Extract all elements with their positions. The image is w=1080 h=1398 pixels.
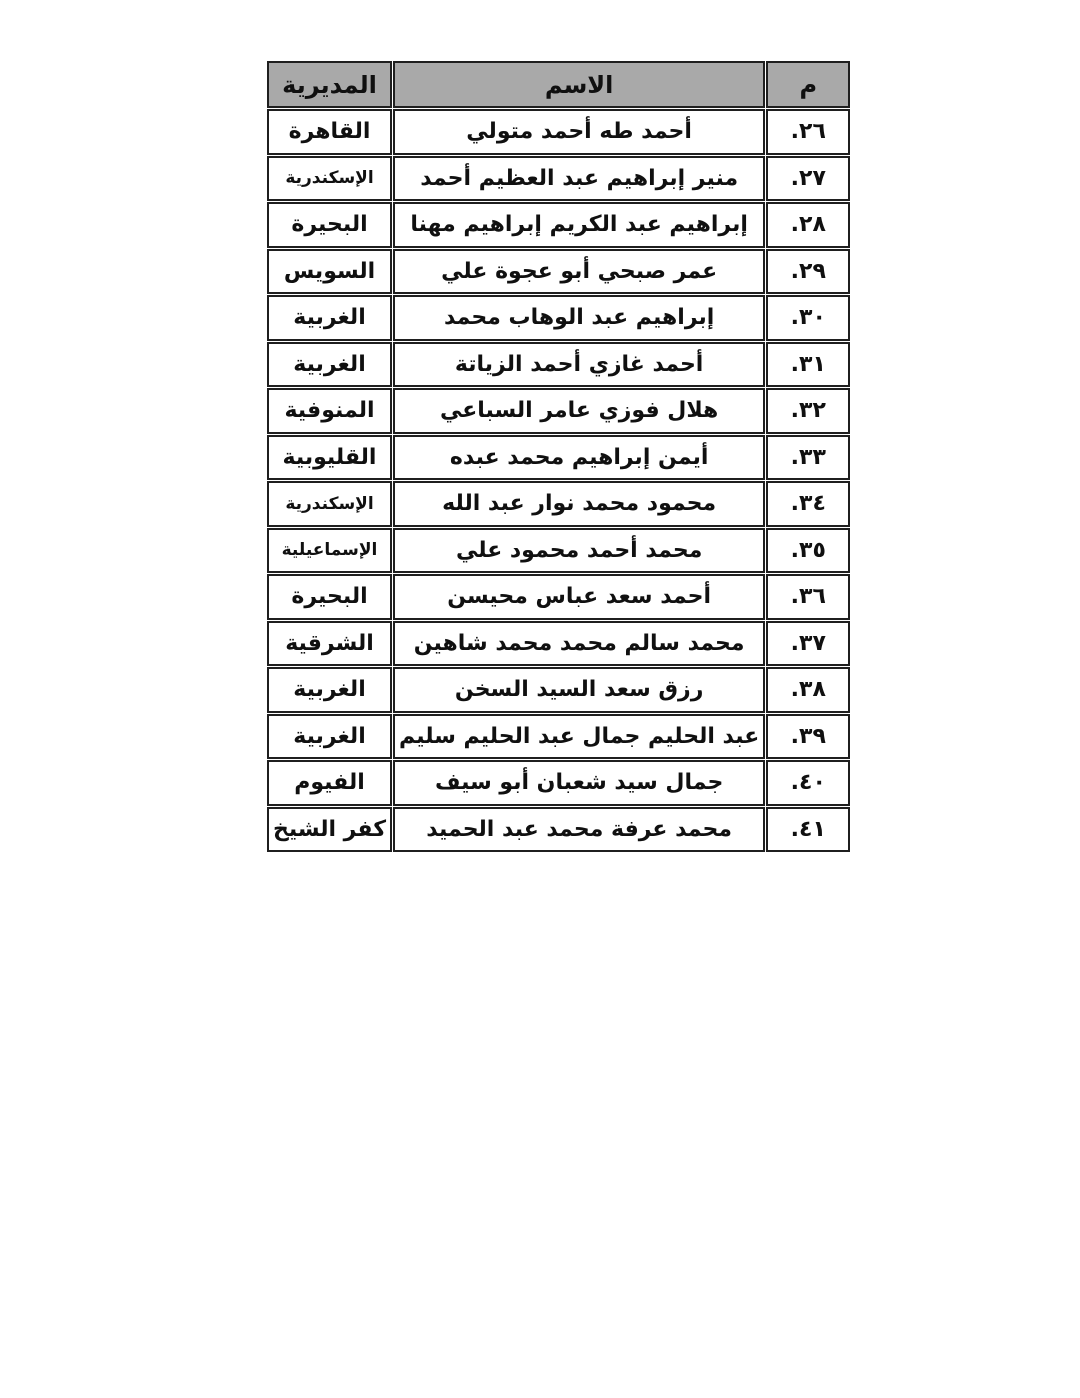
directorate-cell: الغربية <box>267 714 392 760</box>
row-number-cell: ٣٤. <box>766 481 850 527</box>
table-row: ٤١. محمد عرفة محمد عبد الحميد كفر الشيخ <box>267 807 850 853</box>
header-cell-number: م <box>766 61 850 108</box>
directorate-cell: الغربية <box>267 667 392 713</box>
person-name-cell: أحمد طه أحمد متولي <box>393 109 765 155</box>
table-row: ٣٤. محمود محمد نوار عبد الله الإسكندرية <box>267 481 850 527</box>
directorate-cell: الإسكندرية <box>267 481 392 527</box>
row-number-cell: ٢٦. <box>766 109 850 155</box>
person-name-cell: عمر صبحي أبو عجوة علي <box>393 249 765 295</box>
table-row: ٤٠. جمال سيد شعبان أبو سيف الفيوم <box>267 760 850 806</box>
person-name-cell: هلال فوزي عامر السباعي <box>393 388 765 434</box>
directorate-cell: الغربية <box>267 295 392 341</box>
row-number-cell: ٣٦. <box>766 574 850 620</box>
table-row: ٣٧. محمد سالم محمد محمد شاهين الشرقية <box>267 621 850 667</box>
directorate-cell: البحيرة <box>267 574 392 620</box>
person-name-cell: عبد الحليم جمال عبد الحليم سليم <box>393 714 765 760</box>
row-number-cell: ٣٠. <box>766 295 850 341</box>
directorate-cell: الإسماعيلية <box>267 528 392 574</box>
person-name-cell: محمد سالم محمد محمد شاهين <box>393 621 765 667</box>
row-number-cell: ٣٢. <box>766 388 850 434</box>
table-row: ٣٣. أيمن إبراهيم محمد عبده القليوبية <box>267 435 850 481</box>
person-name-cell: أحمد سعد عباس محيسن <box>393 574 765 620</box>
table-row: ٣٦. أحمد سعد عباس محيسن البحيرة <box>267 574 850 620</box>
table-row: ٣٨. رزق سعد السيد السخن الغربية <box>267 667 850 713</box>
roster-table: م الاسم المديرية ٢٦. أحمد طه أحمد متولي … <box>266 60 851 853</box>
directorate-cell: القليوبية <box>267 435 392 481</box>
row-number-cell: ٢٨. <box>766 202 850 248</box>
document-page: م الاسم المديرية ٢٦. أحمد طه أحمد متولي … <box>0 0 1080 1398</box>
row-number-cell: ٤١. <box>766 807 850 853</box>
row-number-cell: ٣٩. <box>766 714 850 760</box>
header-cell-directorate: المديرية <box>267 61 392 108</box>
row-number-cell: ٣٥. <box>766 528 850 574</box>
row-number-cell: ٢٧. <box>766 156 850 202</box>
directorate-cell: القاهرة <box>267 109 392 155</box>
directorate-cell: المنوفية <box>267 388 392 434</box>
directorate-cell: الغربية <box>267 342 392 388</box>
table-row: ٣٩. عبد الحليم جمال عبد الحليم سليم الغر… <box>267 714 850 760</box>
person-name-cell: جمال سيد شعبان أبو سيف <box>393 760 765 806</box>
header-cell-name: الاسم <box>393 61 765 108</box>
table-row: ٢٩. عمر صبحي أبو عجوة علي السويس <box>267 249 850 295</box>
row-number-cell: ٤٠. <box>766 760 850 806</box>
row-number-cell: ٢٩. <box>766 249 850 295</box>
directorate-cell: الشرقية <box>267 621 392 667</box>
person-name-cell: منير إبراهيم عبد العظيم أحمد <box>393 156 765 202</box>
person-name-cell: محمد عرفة محمد عبد الحميد <box>393 807 765 853</box>
table-row: ٣٢. هلال فوزي عامر السباعي المنوفية <box>267 388 850 434</box>
person-name-cell: محمد أحمد محمود علي <box>393 528 765 574</box>
table-row: ٣١. أحمد غازي أحمد الزياتة الغربية <box>267 342 850 388</box>
table-row: ٢٦. أحمد طه أحمد متولي القاهرة <box>267 109 850 155</box>
roster-table-head: م الاسم المديرية <box>267 61 850 108</box>
person-name-cell: رزق سعد السيد السخن <box>393 667 765 713</box>
person-name-cell: أحمد غازي أحمد الزياتة <box>393 342 765 388</box>
person-name-cell: إبراهيم عبد الكريم إبراهيم مهنا <box>393 202 765 248</box>
row-number-cell: ٣١. <box>766 342 850 388</box>
table-row: ٣٥. محمد أحمد محمود علي الإسماعيلية <box>267 528 850 574</box>
directorate-cell: السويس <box>267 249 392 295</box>
table-row: ٢٨. إبراهيم عبد الكريم إبراهيم مهنا البح… <box>267 202 850 248</box>
person-name-cell: أيمن إبراهيم محمد عبده <box>393 435 765 481</box>
directorate-cell: البحيرة <box>267 202 392 248</box>
directorate-cell: الفيوم <box>267 760 392 806</box>
header-row: م الاسم المديرية <box>267 61 850 108</box>
row-number-cell: ٣٨. <box>766 667 850 713</box>
row-number-cell: ٣٧. <box>766 621 850 667</box>
row-number-cell: ٣٣. <box>766 435 850 481</box>
table-row: ٣٠. إبراهيم عبد الوهاب محمد الغربية <box>267 295 850 341</box>
directorate-cell: كفر الشيخ <box>267 807 392 853</box>
roster-table-body: ٢٦. أحمد طه أحمد متولي القاهرة ٢٧. منير … <box>267 109 850 852</box>
table-row: ٢٧. منير إبراهيم عبد العظيم أحمد الإسكند… <box>267 156 850 202</box>
person-name-cell: محمود محمد نوار عبد الله <box>393 481 765 527</box>
person-name-cell: إبراهيم عبد الوهاب محمد <box>393 295 765 341</box>
directorate-cell: الإسكندرية <box>267 156 392 202</box>
